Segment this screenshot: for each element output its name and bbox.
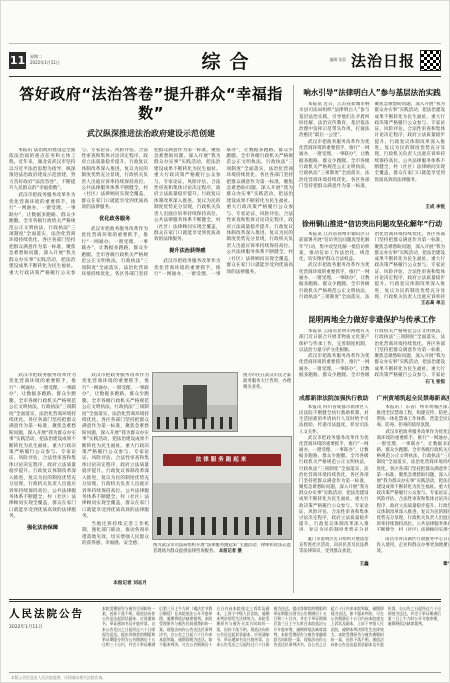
article-xiangshui: 响水引导“法律明白人”参与基层法治实践 本报讯 近日，江苏省盐城市响水县司法局组…	[299, 87, 445, 210]
article-paragraph: 武汉市把政务服务改革作为优化营商环境的重要抓手，推行“一网通办、一窗受理、一事联…	[377, 430, 450, 531]
article-lede: 本报讯 云南省昆明市两地有关部门近日联合开展非物质文化遗产保护与传承工作，完善制…	[299, 329, 370, 354]
editor-note: 编辑 张晨	[330, 57, 346, 63]
lead-subtitle: 武汉纵深推进法治政府建设示范创建	[9, 128, 293, 139]
article-tongshan: 徐州铜山推进“信访突出问题攻坚化解年”行动 本报讯 江苏省徐州市铜山区日前部署开…	[299, 218, 445, 306]
lead-subhead-1: 优化政务服务	[82, 216, 149, 223]
photo2-caption: 图为武汉市司法局组织开展“法律服务跑起来”主题活动，律师和普法志愿者现场为群众提…	[153, 543, 291, 583]
lead-paragraph: 武汉市把政务服务改革作为优化营商环境的重要抓手，推行“一网通办、一窗受理、一事联…	[82, 373, 149, 521]
article-byline: 石飞 张恒	[420, 379, 445, 385]
article-lede: 本报讯 江苏省徐州市铜山区日前部署开展“信访突出问题攻坚化解年”行动，集中攻坚化…	[299, 232, 370, 263]
lead-paragraph: 武汉市把政务服务改革作为优化营商环境的重要抓手，推行“一网通办、一窗受理、一事联…	[9, 373, 76, 521]
article-body: 本报讯 江苏省徐州市铜山区日前部署开展“信访突出问题攻坚化解年”行动，集中攻坚化…	[299, 232, 445, 306]
article-kunming: 昆明两地全力做好非遗保护与传承工作 本报讯 云南省昆明市两地有关部门近日联合开展…	[299, 314, 445, 385]
lead-intro: 本报讯 法治政府建设是全面依法治国的重点任务和主体工程。近年来，湖北省武汉市坚持…	[9, 148, 76, 193]
photo2-credit: 本报记者 摄	[219, 549, 242, 554]
lead-paragraph: 当地还将持续完善工作机制，强化部门联动，推动各项举措落地见效，切实增强人民群众的…	[82, 522, 149, 548]
lead-subhead-3: 强化法治保障	[9, 525, 76, 532]
photo1-caption-text: 图为市民在武汉市民之家政务服务大厅咨询、办理相关业务。	[243, 373, 291, 390]
lead-body-continued: 武汉市把政务服务改革作为优化营商环境的重要抓手，推行“一网通办、一窗受理、一事联…	[9, 373, 149, 587]
court-notice-date: 2022年1月11日	[9, 624, 95, 630]
article-byline: 章宁	[438, 561, 450, 567]
court-notice-title: 人民法院公告	[9, 606, 95, 621]
lead-byline: 本报记者 刘志月	[9, 579, 149, 587]
article-lede: 本报讯 四川省成都市新津区人民法院不断健全执行救助机制，对生活困难的申请执行人及…	[299, 405, 369, 436]
article-headline: 成都新津法院加强执行救助	[299, 393, 369, 402]
article-byline: 王鑫	[355, 561, 369, 567]
right-column: 响水引导“法律明白人”参与基层法治实践 本报讯 近日，江苏省盐城市响水县司法局组…	[299, 87, 445, 567]
court-notice-body: 本院受理原告与被告合同纠纷一案，因你下落不明，现依法向你公告送达起诉状副本、应诉…	[102, 606, 441, 668]
article-lede: 本报讯 近日，江苏省盐城市响水县司法局组织“法律明白人”参与基层法治实践，引导他…	[299, 102, 370, 140]
column-divider	[293, 85, 294, 593]
article-byline: 王成 李悦	[420, 204, 445, 210]
masthead: 法治日报	[351, 50, 415, 71]
court-notice-section: 人民法院公告 2022年1月11日 本院受理原告与被告合同纠纷一案，因你下落不明…	[9, 599, 441, 669]
article-body: 本报讯 近日，江苏省盐城市响水县司法局组织“法律明白人”参与基层法治实践，引导他…	[299, 102, 445, 210]
article-headline: 徐州铜山推进“信访突出问题攻坚化解年”行动	[299, 218, 445, 228]
article-lede: 本报讯 广东省广州市黄埔区深入推进全民禁毒工程，构建宣传、防控、帮扶一体化禁毒工…	[377, 405, 450, 430]
article-body: 本报讯 云南省昆明市两地有关部门近日联合开展非物质文化遗产保护与传承工作，完善制…	[299, 329, 445, 385]
photo-people-silhouettes	[157, 417, 233, 429]
header-right: 编辑 张晨 法治日报	[330, 50, 441, 71]
qr-code-icon	[420, 50, 441, 71]
mini-article-row: 成都新津法院加强执行救助 本报讯 四川省成都市新津区人民法院不断健全执行救助机制…	[299, 393, 445, 567]
lead-article: 答好政府“法治答卷”提升群众“幸福指数” 武汉纵深推进法治政府建设示范创建 本报…	[9, 85, 293, 380]
photo-service-hall	[153, 373, 237, 431]
lead-body-columns: 本报讯 法治政府建设是全面依法治国的重点任务和主体工程。近年来，湖北省武汉市坚持…	[9, 148, 293, 380]
article-byline: 王志高 单云	[416, 300, 445, 306]
article-xinjin-court: 成都新津法院加强执行救助 本报讯 四川省成都市新津区人民法院不断健全执行救助机制…	[299, 393, 369, 567]
photo-banner: 法律服务跑起来	[163, 454, 281, 466]
article-paragraph: 武汉市把政务服务改革作为优化营商环境的重要抓手，推行“一网通办、一窗受理、一事联…	[299, 436, 369, 531]
article-huangpu-antidrug: 广州黄埔筑起全民禁毒新高度 本报讯 广东省广州市黄埔区深入推进全民禁毒工程，构建…	[377, 393, 450, 567]
photo-doorway-shape	[183, 385, 207, 419]
photo-legal-service-event: 法律服务跑起来	[153, 437, 291, 539]
photo1-caption: 图为市民在武汉市民之家政务服务大厅咨询、办理相关业务。	[243, 373, 291, 431]
article-headline: 昆明两地全力做好非遗保护与传承工作	[299, 314, 445, 325]
lead-subhead-2: 提升法治获得感	[154, 248, 221, 255]
article-body: 本报讯 广东省广州市黄埔区深入推进全民禁毒工程，构建宣传、防控、帮扶一体化禁毒工…	[377, 405, 450, 531]
brief-text: 南昌市青山湖区行政服务中心日前投入使用，企业和群众办事更加便捷高效。	[377, 537, 450, 561]
page-header: 11 星期二 2022年1月11日 综合 编辑 张晨 法治日报	[9, 43, 441, 77]
article-headline: 响水引导“法律明白人”参与基层法治实践	[299, 87, 445, 98]
article-headline: 广州黄埔筑起全民禁毒新高度	[377, 393, 450, 402]
court-notice-header: 人民法院公告 2022年1月11日	[9, 606, 95, 669]
article-body: 本报讯 四川省成都市新津区人民法院不断健全执行救助机制，对生活困难的申请执行人及…	[299, 405, 369, 531]
newspaper-page: 11 星期二 2022年1月11日 综合 编辑 张晨 法治日报 答好政府“法治答…	[0, 0, 450, 683]
photo-people-silhouettes	[157, 517, 287, 535]
lead-headline: 答好政府“法治答卷”提升群众“幸福指数”	[9, 85, 293, 123]
brief-text: 厦门市思明区近日组织开展法治宣传进社区活动，向居民普及民法典等法律知识，受到群众…	[299, 537, 369, 561]
bottom-rule	[9, 672, 441, 673]
footer-note: 本版公告信息由人民法院提供，详情请向相关法院咨询。	[11, 675, 106, 681]
